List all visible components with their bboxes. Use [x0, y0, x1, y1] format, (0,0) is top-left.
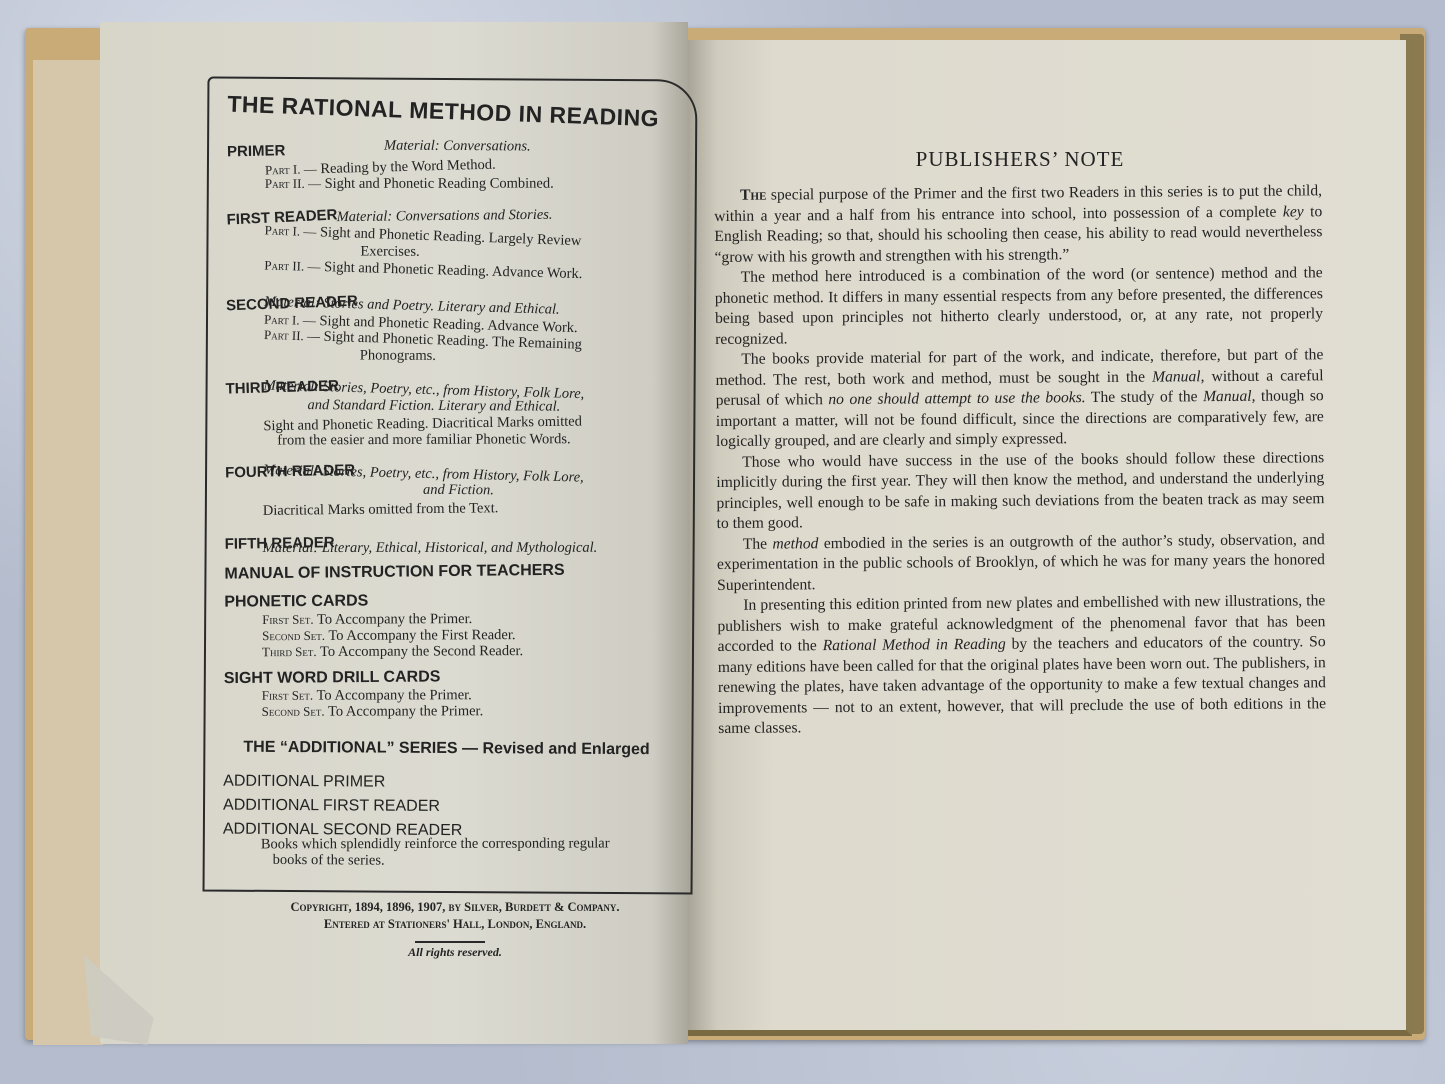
section-heading-primer: PRIMER	[227, 142, 286, 160]
additional-primer: ADDITIONAL PRIMER	[223, 773, 385, 792]
publishers-note-body: The special purpose of the Primer and th…	[714, 181, 1326, 739]
first-reader-part-1: Part I. — Sight and Phonetic Reading. La…	[264, 222, 581, 250]
first-reader-material: Material: Conversations and Stories.	[337, 207, 553, 226]
fourth-reader-note: Diacritical Marks omitted from the Text.	[263, 500, 499, 520]
paragraph-1: The special purpose of the Primer and th…	[714, 181, 1323, 268]
paragraph-3: The books provide material for part of t…	[715, 345, 1324, 452]
primer-part-2: Part II. — Sight and Phonetic Reading Co…	[265, 176, 554, 193]
first-reader-part-1-cont: Exercises.	[360, 243, 419, 260]
divider-rule	[415, 941, 485, 943]
drill-cards-set-2: Second Set. To Accompany the Primer.	[262, 703, 484, 721]
rights-reserved: All rights reserved.	[200, 945, 710, 960]
publishers-note-title: PUBLISHERS’ NOTE	[720, 147, 1320, 172]
paragraph-4: Those who would have success in the use …	[716, 448, 1325, 535]
additional-series-description-cont: books of the series.	[273, 852, 385, 870]
first-reader-part-2: Part II. — Sight and Phonetic Reading. A…	[264, 258, 582, 284]
drill-cards-set-1: First Set. To Accompany the Primer.	[262, 687, 472, 705]
additional-series-heading: THE “ADDITIONAL” SERIES — Revised and En…	[243, 739, 649, 759]
advert-title: THE RATIONAL METHOD IN READING	[227, 91, 678, 133]
third-reader-note-cont: from the easier and more familiar Phonet…	[277, 431, 570, 449]
paragraph-2: The method here introduced is a combinat…	[715, 263, 1324, 350]
section-heading-sight-word-drill-cards: SIGHT WORD DRILL CARDS	[224, 668, 441, 688]
second-reader-part-2-cont: Phonograms.	[360, 347, 436, 364]
paragraph-5: The method embodied in the series is an …	[717, 530, 1325, 596]
series-advert-box: THE RATIONAL METHOD IN READING PRIMER Ma…	[203, 77, 698, 895]
paragraph-6: In presenting this edition printed from …	[717, 591, 1326, 739]
phonetic-cards-set-3: Third Set. To Accompany the Second Reade…	[262, 643, 523, 661]
additional-first-reader: ADDITIONAL FIRST READER	[223, 797, 440, 816]
copyright-line-2: Entered at Stationers' Hall, London, Eng…	[200, 917, 710, 932]
section-heading-manual: MANUAL OF INSTRUCTION FOR TEACHERS	[224, 562, 564, 584]
copyright-line-1: Copyright, 1894, 1896, 1907, by Silver, …	[200, 900, 710, 915]
flyleaf	[33, 60, 103, 1045]
third-reader-material-cont: and Standard Fiction. Literary and Ethic…	[307, 397, 560, 416]
additional-series-description: Books which splendidly reinforce the cor…	[261, 835, 610, 853]
phonetic-cards-set-1: First Set. To Accompany the Primer.	[262, 611, 472, 629]
fourth-reader-material-cont: and Fiction.	[423, 482, 494, 499]
primer-material: Material: Conversations.	[384, 138, 531, 156]
fifth-reader-material: Material: Literary, Ethical, Historical,…	[263, 540, 598, 557]
section-heading-phonetic-cards: PHONETIC CARDS	[224, 592, 368, 611]
